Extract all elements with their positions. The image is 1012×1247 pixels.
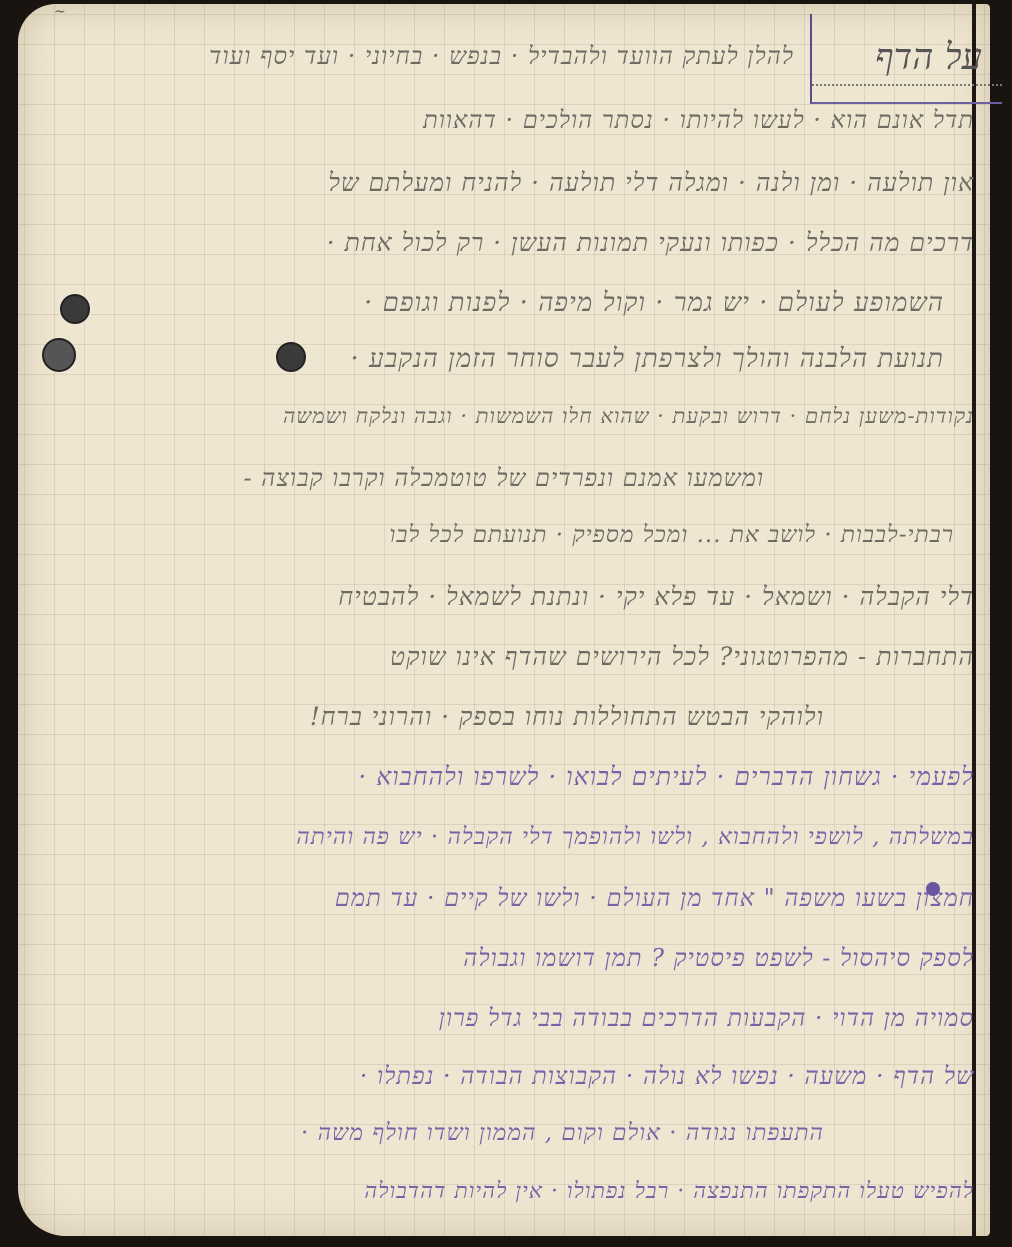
text-line: במשלתה , לושפי ולהחבוא , ולשו ולהופמך דל… <box>296 824 974 850</box>
text-line: התעפתו נגודה · אולם וקום , הממון ושדו חו… <box>301 1120 824 1146</box>
text-line: דלי הקבלה · ושמאל · עד פלא יקי · ונתנת ל… <box>338 582 974 612</box>
text-line: און תולעה · ומן ולנה · ומגלה דלי תולעה ·… <box>328 168 974 198</box>
title-underline <box>812 80 1002 86</box>
text-line: תדל אונם הוא · לעשו להיותו · נסתר הולכים… <box>423 106 974 135</box>
wheel-circle-marker <box>42 338 76 372</box>
title-box: על הדף <box>810 14 1002 104</box>
text-line: להלן לעתק הוועד ולהבדיל · בנפש · בחיוני … <box>209 42 794 71</box>
text-line: תנועת הלבנה והולך ולצרפתן לעבר סוחר הזמן… <box>351 344 944 374</box>
text-line: ולוהקי הבטש התחוללות נוחו בספק · והרוני … <box>310 702 824 732</box>
ink-dot-marker <box>926 882 940 896</box>
text-line: להפיש טעלו התקפתו התנפצה · רבל נפתולו · … <box>364 1178 974 1204</box>
text-line: התחברות - מהפרוטגוני? לכל הירושים שהדף א… <box>390 642 974 672</box>
corner-mark: ~ <box>54 4 66 20</box>
text-line: ומשמעו אמנם ונפרדים של טוטמכלה וקרבו קבו… <box>244 464 764 493</box>
text-line: לפעמי · גשחון הדברים · לעיתים לבואו · לש… <box>358 762 974 792</box>
text-line: לספק סיהסול - לשפט פיסטיק ? תמן דושמו וג… <box>463 944 974 973</box>
page-title: על הדף <box>875 36 982 78</box>
text-line: נקודות-משען נלחם · דרוש ובקעת · שהוא חלו… <box>283 404 974 429</box>
filled-circle-marker <box>276 342 306 372</box>
text-line: חמצון בשעו משפה " אחד מן העולם · ולשו של… <box>335 884 974 913</box>
text-line: סמויה מן הדוי · הקבעות הדרכים בבודה בבי … <box>439 1004 974 1033</box>
notebook-page: ~ על הדף להלן לעתק הוועד ולהבדיל · בנפש … <box>18 4 990 1236</box>
filled-circle-marker <box>60 294 90 324</box>
text-line: השמופע לעולם · יש גמר · וקול מיפה · לפנו… <box>364 288 944 318</box>
text-line: של הדף · משעה · נפשו לא נולה · הקבוצות ה… <box>360 1062 974 1091</box>
text-line: רבתי-לבבות · לושב את ... ומכל מספיק · תנ… <box>390 522 954 548</box>
text-line: דרכים מה הכלל · כפותו ונעקי תמונות העשן … <box>327 228 974 258</box>
